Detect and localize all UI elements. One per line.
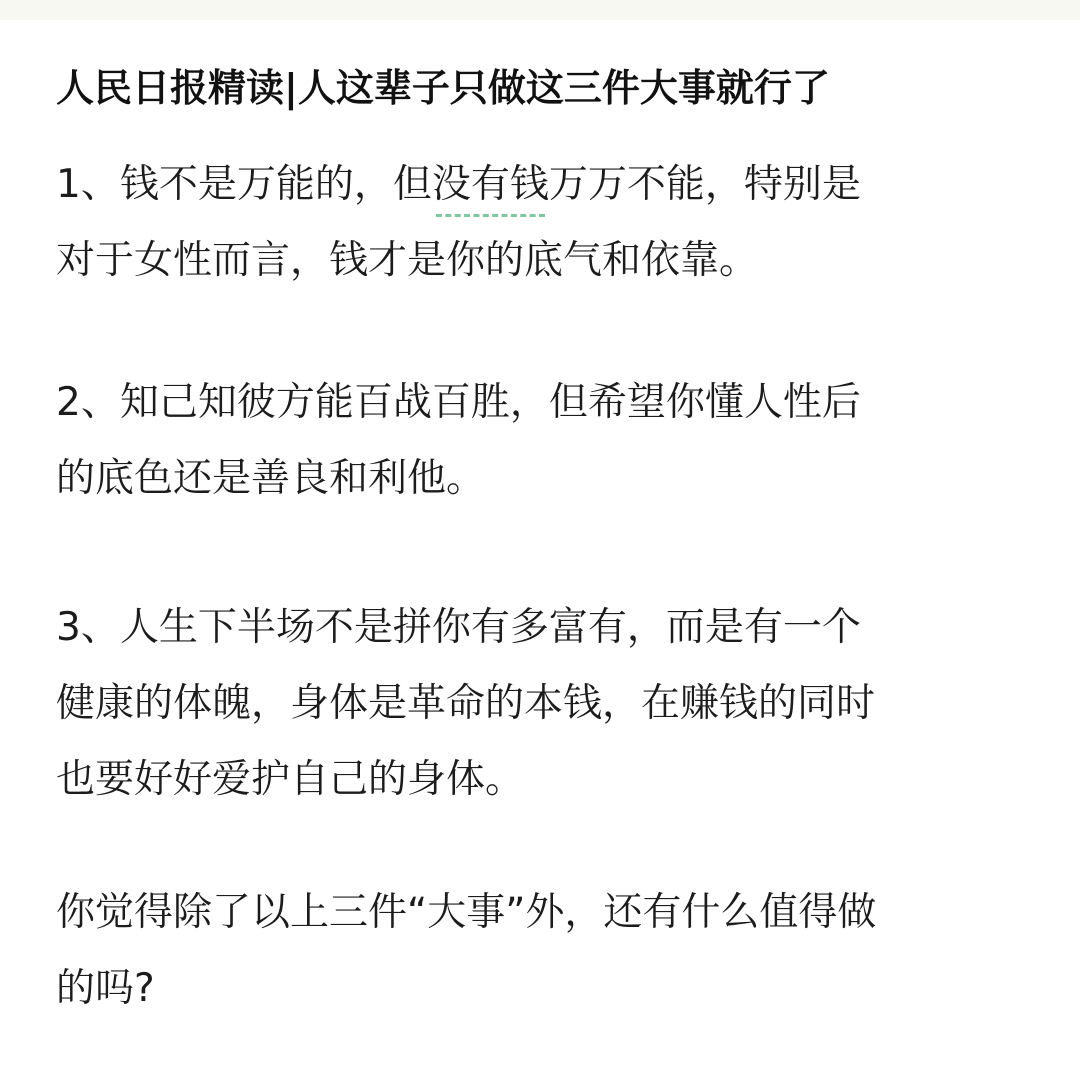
paragraph-3-line-1: 3、人生下半场不是拼你有多富有，而是有一个 <box>56 590 875 666</box>
paragraph-1-line-2: 对于女性而言，钱才是你的底气和依靠。 <box>56 223 861 299</box>
paragraph-3-line-2: 健康的体魄，身体是革命的本钱，在赚钱的同时 <box>56 666 875 742</box>
top-strip <box>0 0 1080 20</box>
paragraph-2-line-2: 的底色还是善良和利他。 <box>56 441 861 517</box>
paragraph-1-text-after: 万万不能，特别是 <box>549 162 861 207</box>
paragraph-1: 1、钱不是万能的，但没有钱万万不能，特别是 对于女性而言，钱才是你的底气和依靠。 <box>56 147 861 299</box>
paragraph-2-line-1: 2、知己知彼方能百战百胜，但希望你懂人性后 <box>56 365 861 441</box>
paragraph-2: 2、知己知彼方能百战百胜，但希望你懂人性后 的底色还是善良和利他。 <box>56 365 861 517</box>
closing-question-line-2: 的吗? <box>56 951 876 1027</box>
paragraph-1-text-before: 1、钱不是万能的，但 <box>56 162 432 207</box>
closing-question-line-1: 你觉得除了以上三件“大事”外，还有什么值得做 <box>56 875 876 951</box>
paragraph-1-line-1: 1、钱不是万能的，但没有钱万万不能，特别是 <box>56 147 861 223</box>
keyword-link[interactable]: 没有钱 <box>432 147 549 223</box>
paragraph-3-line-3: 也要好好爱护自己的身体。 <box>56 742 875 818</box>
closing-question: 你觉得除了以上三件“大事”外，还有什么值得做 的吗? <box>56 875 876 1027</box>
paragraph-3: 3、人生下半场不是拼你有多富有，而是有一个 健康的体魄，身体是革命的本钱，在赚钱… <box>56 590 875 818</box>
article-title: 人民日报精读|人这辈子只做这三件大事就行了 <box>56 58 830 118</box>
